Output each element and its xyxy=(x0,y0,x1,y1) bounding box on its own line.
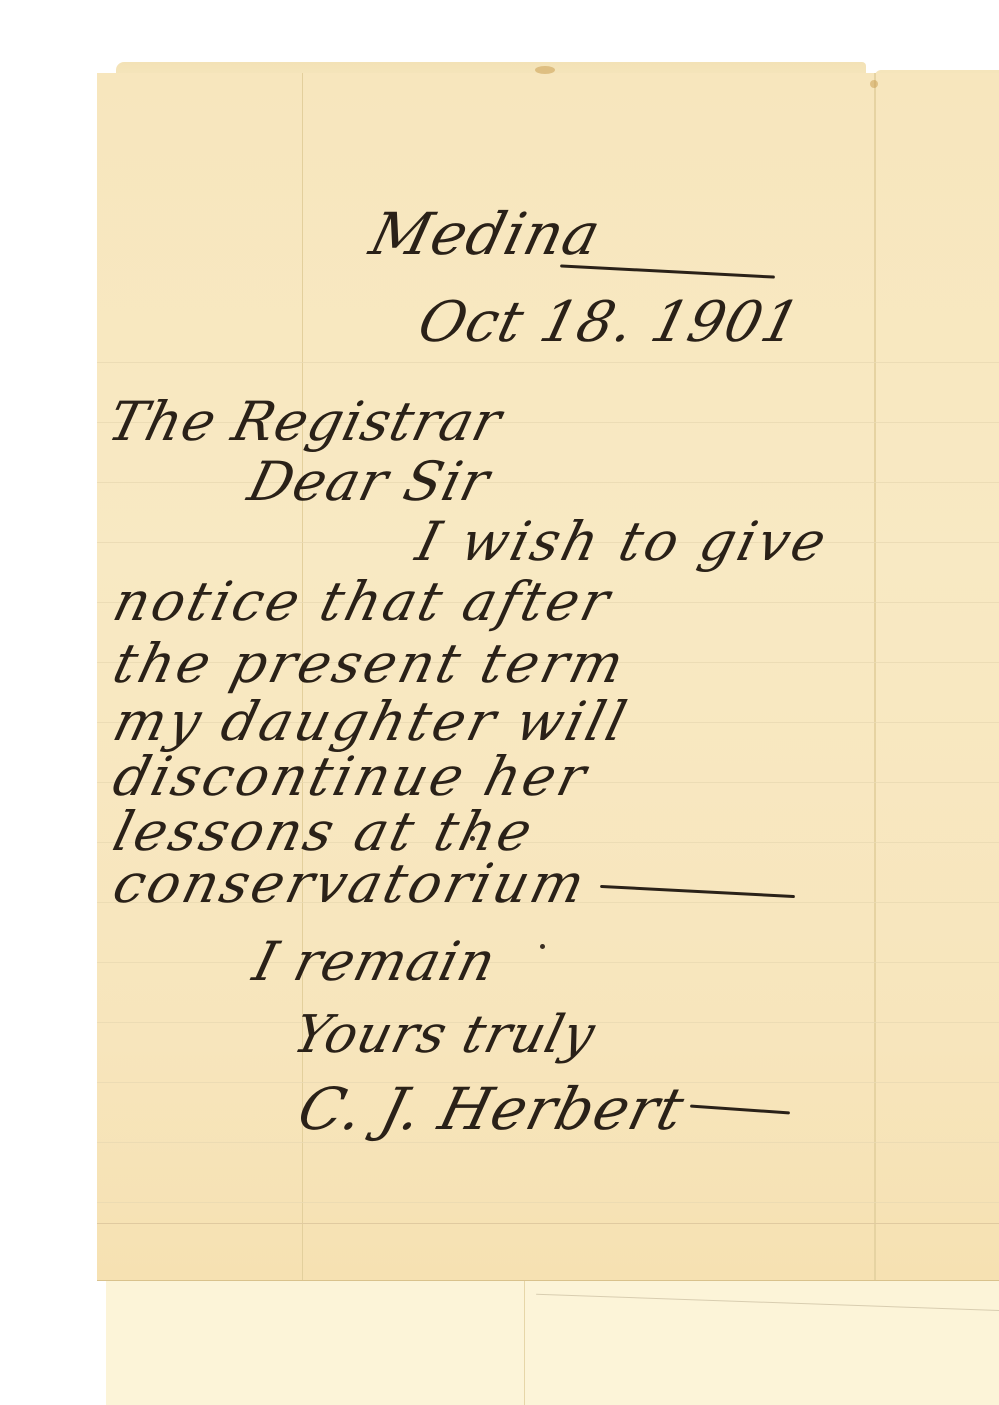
body-line-4: my daughter will xyxy=(107,690,635,753)
lower-sheet xyxy=(106,1276,999,1405)
fold-line xyxy=(524,1276,525,1405)
body-line-1: I wish to give xyxy=(410,510,835,573)
body-line-7: conservatorium xyxy=(107,852,594,915)
addressee: The Registrar xyxy=(102,390,508,453)
horizontal-fold xyxy=(97,1223,999,1224)
salutation: Dear Sir xyxy=(242,450,496,513)
ink-dot xyxy=(540,944,545,949)
signature: C. J. Herbert xyxy=(292,1075,692,1143)
closing-line-2: Yours truly xyxy=(288,1005,602,1065)
crease xyxy=(536,1294,999,1311)
body-line-2: notice that after xyxy=(107,570,619,633)
stain xyxy=(870,80,878,88)
letter-date: Oct 18. 1901 xyxy=(412,290,807,355)
body-line-3: the present term xyxy=(107,632,633,695)
letter-place: Medina xyxy=(364,200,608,268)
closing-line-1: I remain xyxy=(247,930,502,993)
body-line-5: discontinue her xyxy=(107,745,595,808)
stain xyxy=(535,66,555,74)
ink-dot xyxy=(470,836,475,841)
